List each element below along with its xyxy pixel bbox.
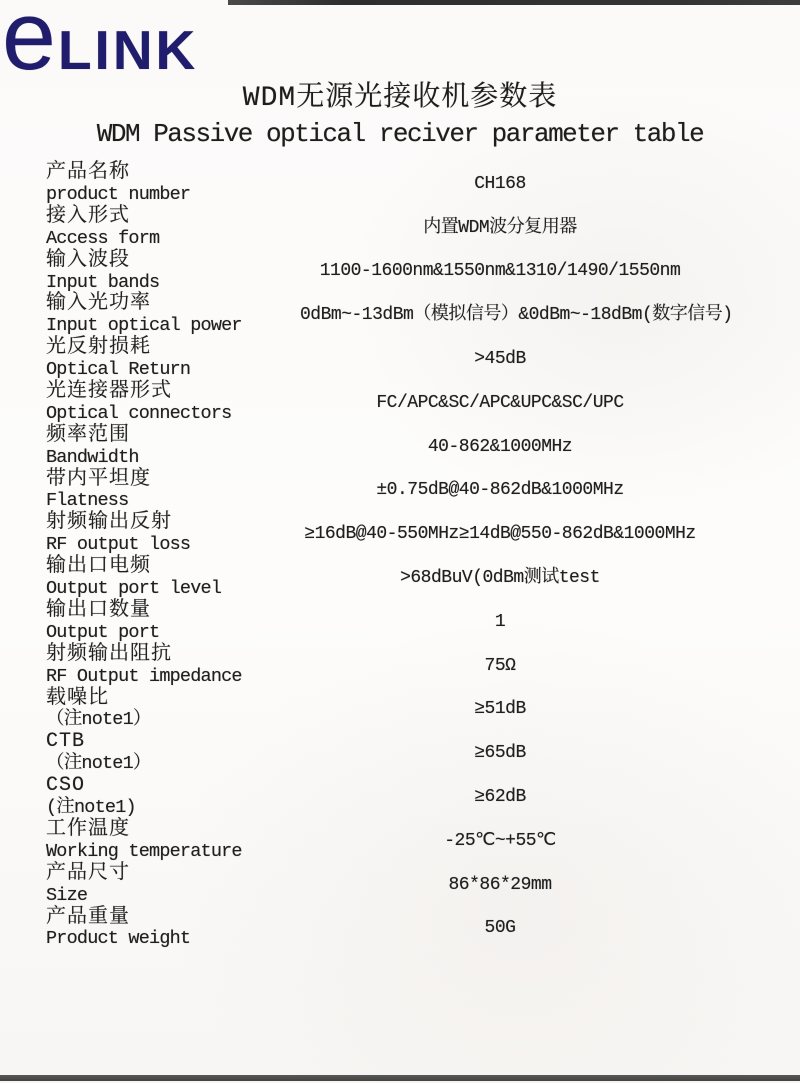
row-value-text: >68dBuV(0dBm测试test [400,568,600,588]
row-label: CTB（注note1） [46,731,300,775]
row-label-cn: 输入光功率 [46,293,300,315]
row-value-text: -25℃~+55℃ [444,831,556,851]
row-value-text: 86*86*29mm [448,875,551,895]
row-value-text: 1 [495,612,505,632]
row-value-text: >45dB [474,349,526,369]
row-label-en: Bandwidth [46,447,300,469]
table-row: 产品名称product numberCH168 [0,162,800,206]
row-label-cn: 工作温度 [46,819,300,841]
row-value-text: ≥65dB [474,743,526,763]
row-label-en: Output port [46,622,300,644]
row-label-en: Flatness [46,490,300,512]
table-row: 输出口数量Output port1 [0,600,800,644]
table-row: 载噪比（注note1）≥51dB [0,688,800,732]
row-label: 产品重量Product weight [46,907,300,951]
row-label-en: Input bands [46,272,300,294]
table-row: 输入波段Input bands1100-1600nm&1550nm&1310/1… [0,250,800,294]
row-label: 载噪比（注note1） [46,688,300,732]
row-label: 输出口电频Output port level [46,556,300,600]
row-label-cn: 输出口电频 [46,556,300,578]
row-value-text: ≥51dB [474,699,526,719]
row-value-text: 50G [485,918,516,938]
row-value: ≥16dB@40-550MHz≥14dB@550-862dB&1000MHz [300,512,700,556]
row-label-cn: 带内平坦度 [46,469,300,491]
table-row: 输出口电频Output port level>68dBuV(0dBm测试test [0,556,800,600]
title-english: WDM Passive optical reciver parameter ta… [0,118,800,150]
row-label-cn: 射频输出反射 [46,512,300,534]
row-value-text: ±0.75dB@40-862dB&1000MHz [376,480,623,500]
row-value: 1 [300,600,700,644]
table-row: 光反射损耗Optical Return>45dB [0,337,800,381]
row-label-en: （注note1） [46,709,300,731]
table-row: 射频输出阻抗RF Output impedance75Ω [0,644,800,688]
title-chinese: WDM无源光接收机参数表 [0,80,800,118]
logo-letter-e: e [2,4,54,68]
row-value-text: 40-862&1000MHz [428,437,572,457]
row-label-cn: 产品名称 [46,162,300,184]
parameter-table: 产品名称product numberCH168接入形式Access form内置… [0,162,800,950]
row-label-en: Working temperature [46,841,300,863]
row-label: CSO(注note1) [46,775,300,819]
row-value: >68dBuV(0dBm测试test [300,556,700,600]
row-value: ≥62dB [300,775,700,819]
row-label-cn: 输入波段 [46,250,300,272]
row-value: CH168 [300,162,700,206]
row-label-cn: 产品重量 [46,907,300,929]
row-label-en: Product weight [46,928,300,950]
row-label-en: Optical Return [46,359,300,381]
row-label-en: Input optical power [46,315,300,337]
scan-top-edge [228,0,800,5]
table-row: 产品尺寸Size86*86*29mm [0,863,800,907]
row-label: 输入光功率Input optical power [46,293,300,337]
row-value: ≥65dB [300,731,700,775]
row-label-en: Access form [46,228,300,250]
row-label-en: (注note1) [46,797,300,819]
row-value-text: 1100-1600nm&1550nm&1310/1490/1550nm [320,261,681,281]
row-value-text: ≥62dB [474,787,526,807]
row-label: 射频输出阻抗RF Output impedance [46,644,300,688]
row-value-text: FC/APC&SC/APC&UPC&SC/UPC [376,393,623,413]
row-label-cn: CTB [46,731,300,753]
row-value: ≥51dB [300,688,700,732]
row-label-en: Output port level [46,578,300,600]
row-label-en: product number [46,184,300,206]
row-value-text: CH168 [474,174,526,194]
row-label-en: RF Output impedance [46,666,300,688]
table-row: 接入形式Access form内置WDM波分复用器 [0,206,800,250]
row-label: 产品名称product number [46,162,300,206]
row-label: 频率范围Bandwidth [46,425,300,469]
row-value: 40-862&1000MHz [300,425,700,469]
row-label-cn: 频率范围 [46,425,300,447]
table-row: 工作温度Working temperature-25℃~+55℃ [0,819,800,863]
table-row: 频率范围Bandwidth40-862&1000MHz [0,425,800,469]
row-value: 75Ω [300,644,700,688]
row-label: 射频输出反射RF output loss [46,512,300,556]
row-label: 输出口数量Output port [46,600,300,644]
row-label: 带内平坦度Flatness [46,469,300,513]
row-label-en: RF output loss [46,534,300,556]
row-value: 50G [300,907,700,951]
row-label-cn: 产品尺寸 [46,863,300,885]
row-label-en: Optical connectors [46,403,300,425]
document-titles: WDM无源光接收机参数表 WDM Passive optical reciver… [0,80,800,150]
row-value-text: 75Ω [485,656,516,676]
row-label: 光反射损耗Optical Return [46,337,300,381]
row-label: 输入波段Input bands [46,250,300,294]
row-label-cn: 接入形式 [46,206,300,228]
row-value: ±0.75dB@40-862dB&1000MHz [300,469,700,513]
row-value: 0dBm~-13dBm（模拟信号）&0dBm~-18dBm(数字信号) [300,293,733,337]
row-label-cn: 载噪比 [46,688,300,710]
row-value-text: ≥16dB@40-550MHz≥14dB@550-862dB&1000MHz [304,524,695,544]
table-row: CSO(注note1)≥62dB [0,775,800,819]
table-row: 光连接器形式Optical connectorsFC/APC&SC/APC&UP… [0,381,800,425]
table-row: 带内平坦度Flatness±0.75dB@40-862dB&1000MHz [0,469,800,513]
row-label-cn: CSO [46,775,300,797]
row-label: 光连接器形式Optical connectors [46,381,300,425]
table-row: 产品重量Product weight50G [0,907,800,951]
scan-bottom-edge [0,1075,800,1081]
elink-logo: e LINK [2,4,198,72]
table-row: 射频输出反射RF output loss≥16dB@40-550MHz≥14dB… [0,512,800,556]
row-label: 接入形式Access form [46,206,300,250]
row-label-cn: 射频输出阻抗 [46,644,300,666]
logo-wordmark-link: LINK [58,29,198,72]
row-value: 86*86*29mm [300,863,700,907]
table-row: 输入光功率Input optical power0dBm~-13dBm（模拟信号… [0,293,800,337]
row-label: 产品尺寸Size [46,863,300,907]
row-label: 工作温度Working temperature [46,819,300,863]
row-label-cn: 光反射损耗 [46,337,300,359]
table-row: CTB（注note1）≥65dB [0,731,800,775]
row-label-cn: 光连接器形式 [46,381,300,403]
row-value-text: 内置WDM波分复用器 [423,218,576,238]
row-value: 1100-1600nm&1550nm&1310/1490/1550nm [300,250,700,294]
row-label-en: Size [46,885,300,907]
row-label-cn: 输出口数量 [46,600,300,622]
row-value-text: 0dBm~-13dBm（模拟信号）&0dBm~-18dBm(数字信号) [300,305,733,325]
row-value: 内置WDM波分复用器 [300,206,700,250]
row-value: -25℃~+55℃ [300,819,700,863]
row-value: >45dB [300,337,700,381]
row-value: FC/APC&SC/APC&UPC&SC/UPC [300,381,700,425]
row-label-en: （注note1） [46,753,300,775]
